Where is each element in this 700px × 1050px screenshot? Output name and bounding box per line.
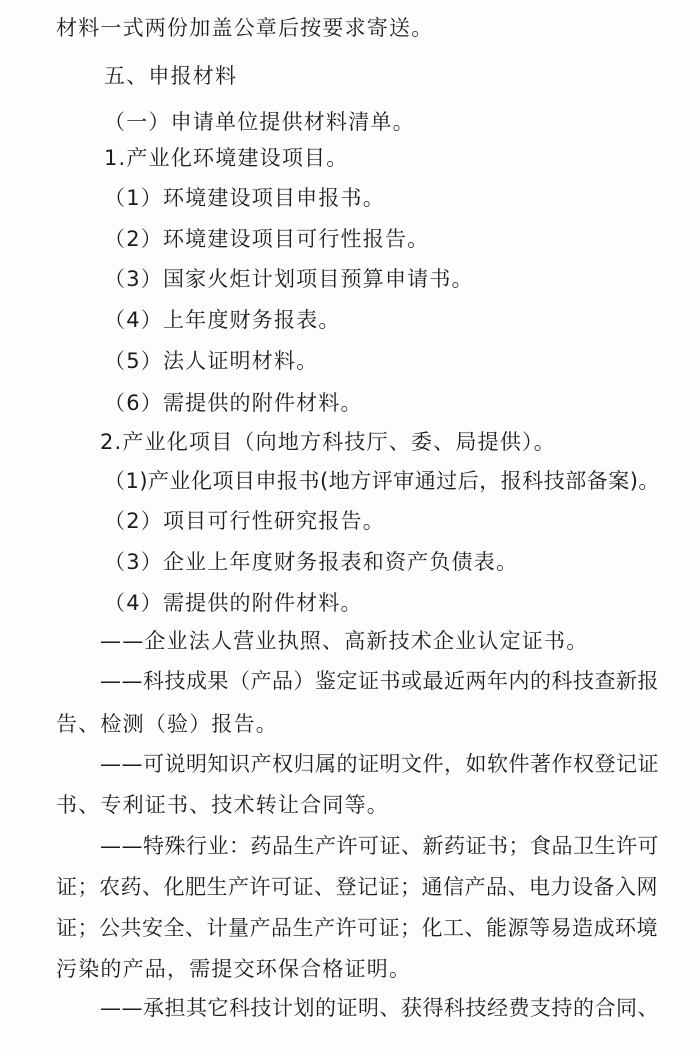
- document-text-line: （6）需提供的附件材料。: [104, 389, 363, 417]
- document-text-line: 书、专利证书、技术转让合同等。: [56, 791, 389, 819]
- document-text-line: 证；农药、化肥生产许可证、登记证；通信产品、电力设备入网: [56, 873, 658, 901]
- document-text-line: （2）环境建设项目可行性报告。: [104, 225, 429, 253]
- document-text-line: 五、申报材料: [104, 62, 237, 90]
- document-text-line: （1）环境建设项目申报书。: [104, 184, 385, 212]
- document-text-line: 1.产业化环境建设项目。: [104, 144, 348, 172]
- document-text-line: （一）申请单位提供材料清单。: [104, 108, 415, 136]
- document-text-line: ——特殊行业：药品生产许可证、新药证书；食品卫生许可: [100, 832, 659, 860]
- document-text-line: （4）需提供的附件材料。: [104, 589, 363, 617]
- document-text-line: （4）上年度财务报表。: [104, 306, 341, 334]
- document-text-line: （2）项目可行性研究报告。: [104, 507, 385, 535]
- document-text-line: ——企业法人营业执照、高新技术企业认定证书。: [100, 627, 588, 655]
- document-text-line: 证；公共安全、计量产品生产许可证；化工、能源等易造成环境: [56, 914, 658, 942]
- document-text-line: ——承担其它科技计划的证明、获得科技经费支持的合同、: [100, 994, 659, 1022]
- document-text-line: ——科技成果（产品）鉴定证书或最近两年内的科技查新报: [100, 667, 659, 695]
- document-text-line: 污染的产品，需提交环保合格证明。: [56, 955, 411, 983]
- document-text-line: 材料一式两份加盖公章后按要求寄送。: [56, 14, 433, 42]
- scanned-document-page: 材料一式两份加盖公章后按要求寄送。五、申报材料（一）申请单位提供材料清单。1.产…: [0, 0, 700, 1050]
- document-text-line: （3）国家火炬计划项目预算申请书。: [104, 265, 474, 293]
- document-text-line: （1)产业化项目申报书(地方评审通过后，报科技部备案)。: [104, 467, 660, 495]
- document-text-line: （3）企业上年度财务报表和资产负债表。: [104, 548, 518, 576]
- document-text-line: （5）法人证明材料。: [104, 347, 318, 375]
- document-text-line: 告、检测（验）报告。: [56, 710, 278, 738]
- document-text-line: 2.产业化项目（向地方科技厅、委、局提供）。: [100, 428, 556, 456]
- document-text-line: ——可说明知识产权归属的证明文件，如软件著作权登记证: [100, 750, 659, 778]
